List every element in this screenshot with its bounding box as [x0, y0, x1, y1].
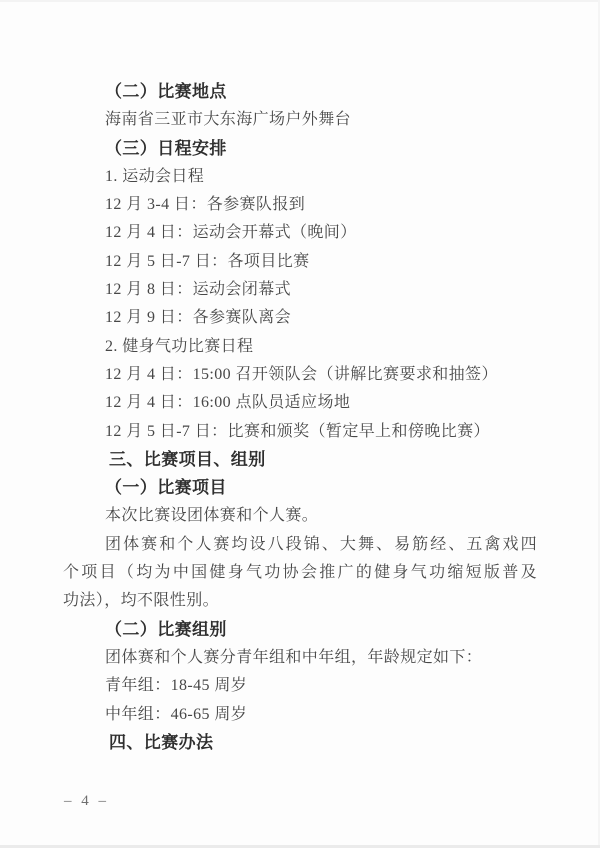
subsection-heading-groups: （二）比赛组别: [63, 616, 537, 644]
qigong-schedule-item: 12 月 4 日：15:00 召开领队会（讲解比赛要求和抽签）: [63, 361, 537, 389]
document-content: （二）比赛地点 海南省三亚市大东海广场户外舞台 （三）日程安排 1. 运动会日程…: [63, 78, 537, 757]
scan-edge-top: [0, 0, 600, 2]
sports-meet-schedule-item: 12 月 5 日-7 日：各项目比赛: [63, 248, 537, 276]
section-heading-schedule: （三）日程安排: [63, 135, 537, 163]
sports-meet-schedule-item: 12 月 9 日：各参赛队离会: [63, 304, 537, 332]
qigong-schedule-item: 12 月 5 日-7 日：比赛和颁奖（暂定早上和傍晚比赛）: [63, 418, 537, 446]
page-number: – 4 –: [64, 791, 109, 811]
sports-meet-schedule-title: 1. 运动会日程: [63, 163, 537, 191]
group-age-item: 青年组：18-45 周岁: [63, 672, 537, 700]
events-paragraph-line: 团体赛和个人赛均设八段锦、大舞、易筋经、五禽戏四: [63, 531, 537, 559]
events-paragraph-line: 功法），均不限性别。: [63, 587, 537, 615]
sports-meet-schedule-item: 12 月 4 日：运动会开幕式（晚间）: [63, 219, 537, 247]
section-heading-location: （二）比赛地点: [63, 78, 537, 106]
qigong-schedule-title: 2. 健身气功比赛日程: [63, 333, 537, 361]
group-age-item: 中年组：46-65 周岁: [63, 701, 537, 729]
qigong-schedule-item: 12 月 4 日：16:00 点队员适应场地: [63, 389, 537, 417]
venue-text: 海南省三亚市大东海广场户外舞台: [63, 106, 537, 134]
groups-intro-text: 团体赛和个人赛分青年组和中年组，年龄规定如下：: [63, 644, 537, 672]
sports-meet-schedule-item: 12 月 3-4 日：各参赛队报到: [63, 191, 537, 219]
sports-meet-schedule-item: 12 月 8 日：运动会闭幕式: [63, 276, 537, 304]
events-paragraph-line: 个项目（均为中国健身气功协会推广的健身气功缩短版普及: [63, 559, 537, 587]
section-heading-events-groups: 三、比赛项目、组别: [63, 446, 537, 474]
events-intro-text: 本次比赛设团体赛和个人赛。: [63, 502, 537, 530]
section-heading-method: 四、比赛办法: [63, 729, 537, 757]
scanned-document-page: （二）比赛地点 海南省三亚市大东海广场户外舞台 （三）日程安排 1. 运动会日程…: [0, 0, 600, 848]
subsection-heading-events: （一）比赛项目: [63, 474, 537, 502]
